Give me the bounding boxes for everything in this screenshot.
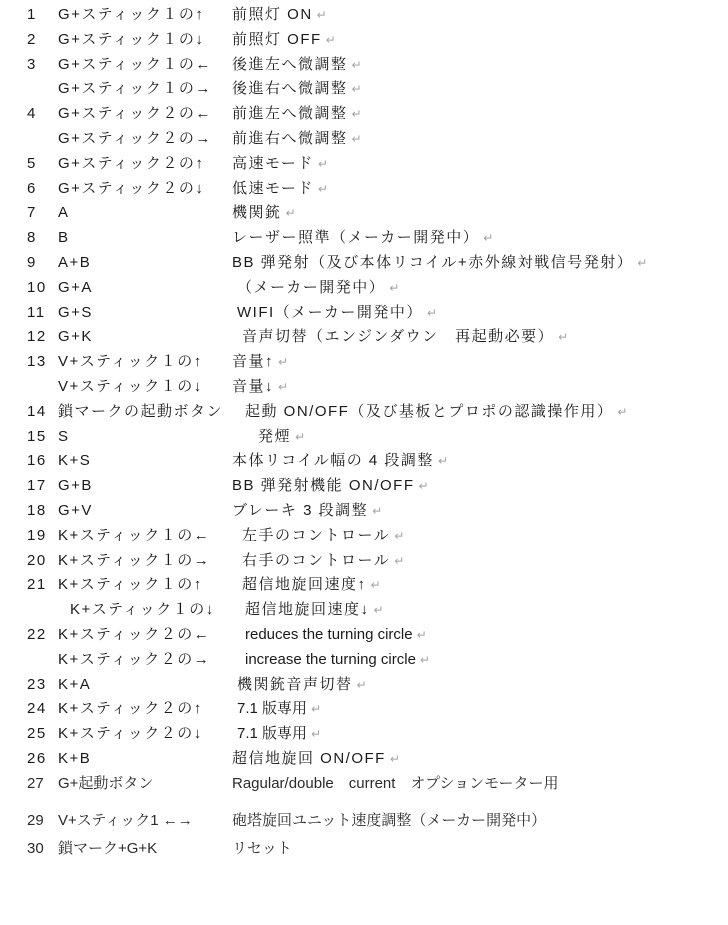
- control-row: 26 K+B 超信地旋回 ON/OFF ↵: [0, 747, 728, 772]
- control-row: K+スティック１の↓ 超信地旋回速度↓ ↵: [0, 598, 728, 623]
- key-combo: K+スティック２の↑: [58, 697, 232, 722]
- control-row: 3 G+スティック１の← 後進左へ微調整 ↵: [0, 53, 728, 78]
- row-number: 1: [27, 3, 58, 28]
- key-combo: G+A: [58, 276, 232, 301]
- row-number: 16: [27, 449, 58, 474]
- return-mark-icon: ↵: [558, 325, 568, 350]
- function-description: リセット: [232, 837, 292, 862]
- key-combo: G+スティック２の↓: [58, 177, 232, 202]
- function-description: 音声切替（エンジンダウン 再起動必要）: [232, 325, 554, 350]
- key-combo: 鎖マークの起動ボタン: [58, 400, 232, 425]
- control-row: 25 K+スティック２の↓ 7.1 版専用 ↵: [0, 722, 728, 747]
- return-mark-icon: ↵: [389, 276, 399, 301]
- row-number: 11: [27, 301, 58, 326]
- return-mark-icon: ↵: [352, 127, 362, 152]
- control-row: G+スティック２の→ 前進右へ微調整 ↵: [0, 127, 728, 152]
- key-combo: K+スティック１の←: [58, 524, 232, 549]
- row-number: 8: [27, 226, 58, 251]
- row-number: 27: [27, 772, 58, 797]
- key-combo: G+K: [58, 325, 232, 350]
- key-combo: V+スティック１の↑: [58, 350, 232, 375]
- row-number: 12: [27, 325, 58, 350]
- key-combo: G+スティック１の↓: [58, 28, 232, 53]
- function-description: 7.1 版専用: [232, 722, 307, 747]
- return-mark-icon: ↵: [394, 524, 404, 549]
- function-description: 本体リコイル幅の 4 段調整: [232, 449, 434, 474]
- function-description: 7.1 版専用: [232, 697, 307, 722]
- function-description: 起動 ON/OFF（及び基板とプロポの認識操作用）: [232, 400, 613, 425]
- return-mark-icon: ↵: [394, 549, 404, 574]
- control-row: 24 K+スティック２の↑ 7.1 版専用 ↵: [0, 697, 728, 722]
- key-combo: K+S: [58, 449, 232, 474]
- key-combo: K+A: [58, 673, 232, 698]
- key-combo: G+スティック１の→: [58, 77, 232, 102]
- row-number: 2: [27, 28, 58, 53]
- return-mark-icon: ↵: [374, 598, 384, 623]
- row-number: 18: [27, 499, 58, 524]
- function-description: 前照灯 ON: [232, 3, 313, 28]
- return-mark-icon: ↵: [318, 177, 328, 202]
- row-number: 4: [27, 102, 58, 127]
- control-row: 14 鎖マークの起動ボタン 起動 ON/OFF（及び基板とプロポの認識操作用） …: [0, 400, 728, 425]
- control-row: 7 A 機関銃 ↵: [0, 201, 728, 226]
- key-combo: G+起動ボタン: [58, 772, 232, 797]
- row-number: 9: [27, 251, 58, 276]
- function-description: BB 弾発射機能 ON/OFF: [232, 474, 415, 499]
- key-combo: G+スティック１の←: [58, 53, 232, 78]
- row-number: 21: [27, 573, 58, 598]
- row-number: 6: [27, 177, 58, 202]
- function-description: increase the turning circle: [232, 648, 416, 673]
- return-mark-icon: ↵: [420, 648, 430, 673]
- function-description: 発煙: [232, 425, 291, 450]
- return-mark-icon: ↵: [390, 747, 400, 772]
- key-combo: B: [58, 226, 232, 251]
- function-description: 前進右へ微調整: [232, 127, 348, 152]
- key-combo: 鎖マーク+G+K: [58, 837, 232, 862]
- function-description: 機関銃音声切替: [232, 673, 353, 698]
- function-description: 超信地旋回速度↑: [232, 573, 367, 598]
- key-combo: A+B: [58, 251, 232, 276]
- control-row: 11 G+S WIFI（メーカー開発中） ↵: [0, 301, 728, 326]
- row-number: 23: [27, 673, 58, 698]
- key-combo: K+スティック２の↓: [58, 722, 232, 747]
- function-description: 砲塔旋回ユニット速度調整（メーカー開発中）: [232, 809, 546, 834]
- return-mark-icon: ↵: [317, 3, 327, 28]
- key-combo: G+S: [58, 301, 232, 326]
- function-description: 音量↓: [232, 375, 274, 400]
- return-mark-icon: ↵: [483, 226, 493, 251]
- control-row: 13 V+スティック１の↑ 音量↑ ↵: [0, 350, 728, 375]
- return-mark-icon: ↵: [417, 623, 427, 648]
- control-row: 22 K+スティック２の← reduces the turning circle…: [0, 623, 728, 648]
- return-mark-icon: ↵: [318, 152, 328, 177]
- control-row: 1 G+スティック１の↑ 前照灯 ON ↵: [0, 3, 728, 28]
- control-row: 2 G+スティック１の↓ 前照灯 OFF ↵: [0, 28, 728, 53]
- function-description: Ragular/double current オプションモーター用: [232, 772, 558, 797]
- key-combo: K+B: [58, 747, 232, 772]
- control-row: 17 G+B BB 弾発射機能 ON/OFF ↵: [0, 474, 728, 499]
- key-combo: V+スティック1 ←→: [58, 809, 232, 834]
- return-mark-icon: ↵: [278, 375, 288, 400]
- return-mark-icon: ↵: [427, 301, 437, 326]
- control-row: 23 K+A 機関銃音声切替 ↵: [0, 673, 728, 698]
- control-row: 6 G+スティック２の↓ 低速モード ↵: [0, 177, 728, 202]
- return-mark-icon: ↵: [617, 400, 627, 425]
- key-combo: G+スティック２の←: [58, 102, 232, 127]
- function-description: 後進右へ微調整: [232, 77, 348, 102]
- row-number: 17: [27, 474, 58, 499]
- row-number: 19: [27, 524, 58, 549]
- control-row: 19 K+スティック１の← 左手のコントロール ↵: [0, 524, 728, 549]
- function-description: BB 弾発射（及び本体リコイル+赤外線対戦信号発射）: [232, 251, 633, 276]
- key-combo: K+スティック２の→: [58, 648, 232, 673]
- row-number: 26: [27, 747, 58, 772]
- row-number: 14: [27, 400, 58, 425]
- return-mark-icon: ↵: [419, 474, 429, 499]
- return-mark-icon: ↵: [352, 53, 362, 78]
- return-mark-icon: ↵: [278, 350, 288, 375]
- key-combo: K+スティック２の←: [58, 623, 232, 648]
- control-row: 18 G+V ブレーキ 3 段調整 ↵: [0, 499, 728, 524]
- return-mark-icon: ↵: [371, 573, 381, 598]
- control-row: 10 G+A （メーカー開発中） ↵: [0, 276, 728, 301]
- control-row: V+スティック１の↓ 音量↓ ↵: [0, 375, 728, 400]
- row-number: 29: [27, 809, 58, 834]
- return-mark-icon: ↵: [311, 697, 321, 722]
- row-number: 30: [27, 837, 58, 862]
- key-combo: G+スティック２の→: [58, 127, 232, 152]
- control-row: 8 B レーザー照準（メーカー開発中） ↵: [0, 226, 728, 251]
- return-mark-icon: ↵: [637, 251, 647, 276]
- function-description: 右手のコントロール: [232, 549, 390, 574]
- control-row: 20 K+スティック１の→ 右手のコントロール ↵: [0, 549, 728, 574]
- function-description: 機関銃: [232, 201, 282, 226]
- row-number: 13: [27, 350, 58, 375]
- control-row: 29 V+スティック1 ←→ 砲塔旋回ユニット速度調整（メーカー開発中）: [0, 809, 728, 834]
- control-row: 9 A+B BB 弾発射（及び本体リコイル+赤外線対戦信号発射） ↵: [0, 251, 728, 276]
- control-row: 30 鎖マーク+G+K リセット: [0, 837, 728, 862]
- key-combo: K+スティック１の↑: [58, 573, 232, 598]
- control-row: 5 G+スティック２の↑ 高速モード ↵: [0, 152, 728, 177]
- row-number: 3: [27, 53, 58, 78]
- key-combo: S: [58, 425, 232, 450]
- document-page: 1 G+スティック１の↑ 前照灯 ON ↵ 2 G+スティック１の↓ 前照灯 O…: [0, 0, 728, 925]
- control-row: 16 K+S 本体リコイル幅の 4 段調整 ↵: [0, 449, 728, 474]
- return-mark-icon: ↵: [352, 77, 362, 102]
- key-combo: G+スティック２の↑: [58, 152, 232, 177]
- key-combo: G+V: [58, 499, 232, 524]
- row-number: 5: [27, 152, 58, 177]
- control-row: K+スティック２の→ increase the turning circle ↵: [0, 648, 728, 673]
- return-mark-icon: ↵: [295, 425, 305, 450]
- return-mark-icon: ↵: [357, 673, 367, 698]
- key-combo: V+スティック１の↓: [58, 375, 232, 400]
- key-combo: G+スティック１の↑: [58, 3, 232, 28]
- return-mark-icon: ↵: [326, 28, 336, 53]
- control-row: 27 G+起動ボタン Ragular/double current オプションモ…: [0, 772, 728, 797]
- function-description: 音量↑: [232, 350, 274, 375]
- control-row: 12 G+K 音声切替（エンジンダウン 再起動必要） ↵: [0, 325, 728, 350]
- function-description: 高速モード: [232, 152, 314, 177]
- key-combo: G+B: [58, 474, 232, 499]
- row-number: 7: [27, 201, 58, 226]
- function-description: WIFI（メーカー開発中）: [232, 301, 423, 326]
- return-mark-icon: ↵: [286, 201, 296, 226]
- function-description: reduces the turning circle: [232, 623, 413, 648]
- function-description: 後進左へ微調整: [232, 53, 348, 78]
- key-combo: K+スティック１の↓: [58, 598, 232, 623]
- function-description: レーザー照準（メーカー開発中）: [232, 226, 479, 251]
- row-number: 24: [27, 697, 58, 722]
- row-number: 22: [27, 623, 58, 648]
- return-mark-icon: ↵: [311, 722, 321, 747]
- control-row: 15 S 発煙 ↵: [0, 425, 728, 450]
- return-mark-icon: ↵: [438, 449, 448, 474]
- function-description: 左手のコントロール: [232, 524, 390, 549]
- control-row: 4 G+スティック２の← 前進左へ微調整 ↵: [0, 102, 728, 127]
- function-description: 前進左へ微調整: [232, 102, 348, 127]
- row-number: 15: [27, 425, 58, 450]
- key-combo: K+スティック１の→: [58, 549, 232, 574]
- function-description: 前照灯 OFF: [232, 28, 322, 53]
- key-combo: A: [58, 201, 232, 226]
- function-description: 低速モード: [232, 177, 314, 202]
- row-number: 10: [27, 276, 58, 301]
- row-number: 25: [27, 722, 58, 747]
- return-mark-icon: ↵: [352, 102, 362, 127]
- function-description: （メーカー開発中）: [232, 276, 385, 301]
- control-row: G+スティック１の→ 後進右へ微調整 ↵: [0, 77, 728, 102]
- function-description: 超信地旋回 ON/OFF: [232, 747, 386, 772]
- function-description: 超信地旋回速度↓: [232, 598, 370, 623]
- function-description: ブレーキ 3 段調整: [232, 499, 368, 524]
- row-number: 20: [27, 549, 58, 574]
- control-row: 21 K+スティック１の↑ 超信地旋回速度↑ ↵: [0, 573, 728, 598]
- return-mark-icon: ↵: [372, 499, 382, 524]
